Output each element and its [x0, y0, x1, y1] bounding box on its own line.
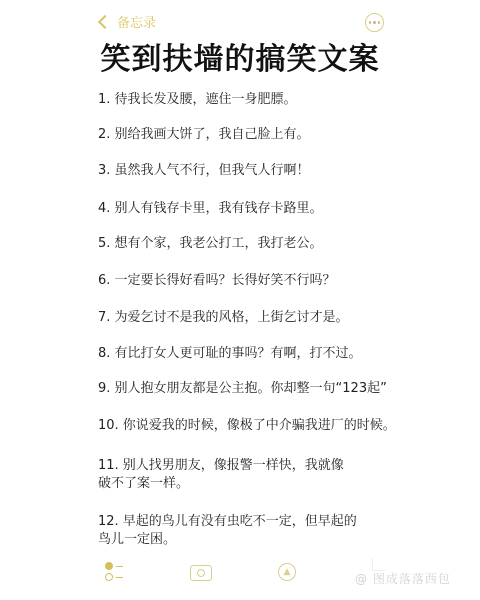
checklist-icon[interactable]: [105, 562, 125, 582]
list-item: 12. 早起的鸟儿有没有虫吃不一定，但早起的: [98, 513, 357, 531]
list-item: 1. 待我长发及腰，遮住一身肥膘。: [98, 91, 297, 109]
list-item: 6. 一定要长得好看吗？长得好笑不行吗？: [98, 272, 336, 290]
navigation-bar: 备忘录: [97, 12, 384, 36]
list-item: 2. 别给我画大饼了，我自己脸上有。: [98, 126, 310, 144]
watermark: @ 图成落落西包: [355, 570, 451, 587]
list-item: 9. 别人抱女朋友都是公主抱。你却整一句“123起”: [98, 380, 387, 398]
list-item: 8. 有比打女人更可耻的事吗？有啊，打不过。: [98, 345, 362, 363]
list-item: 7. 为爱乞讨不是我的风格，上街乞讨才是。: [98, 309, 349, 327]
list-item: 5. 想有个家，我老公打工，我打老公。: [98, 235, 323, 253]
pen-markup-icon[interactable]: ▲: [278, 563, 296, 581]
list-item: 3. 虽然我人气不行，但我气人行啊！: [98, 162, 310, 180]
list-item: 4. 别人有钱存卡里，我有钱存卡路里。: [98, 200, 323, 218]
list-item: 10. 你说爱我的时候，像极了中介骗我进厂的时候。: [98, 417, 396, 435]
chevron-left-icon: [98, 14, 112, 28]
list-item-continuation: 破不了案一样。: [98, 475, 189, 493]
list-item: 11. 别人找男朋友，像报警一样快，我就像: [98, 457, 344, 475]
ellipsis-circle-icon[interactable]: [365, 13, 384, 32]
back-label: 备忘录: [117, 12, 156, 31]
back-button[interactable]: 备忘录: [97, 12, 156, 31]
note-title: 笑到扶墙的搞笑文案: [0, 34, 480, 78]
list-item-continuation: 鸟儿一定困。: [98, 531, 176, 549]
camera-icon[interactable]: [190, 565, 212, 581]
